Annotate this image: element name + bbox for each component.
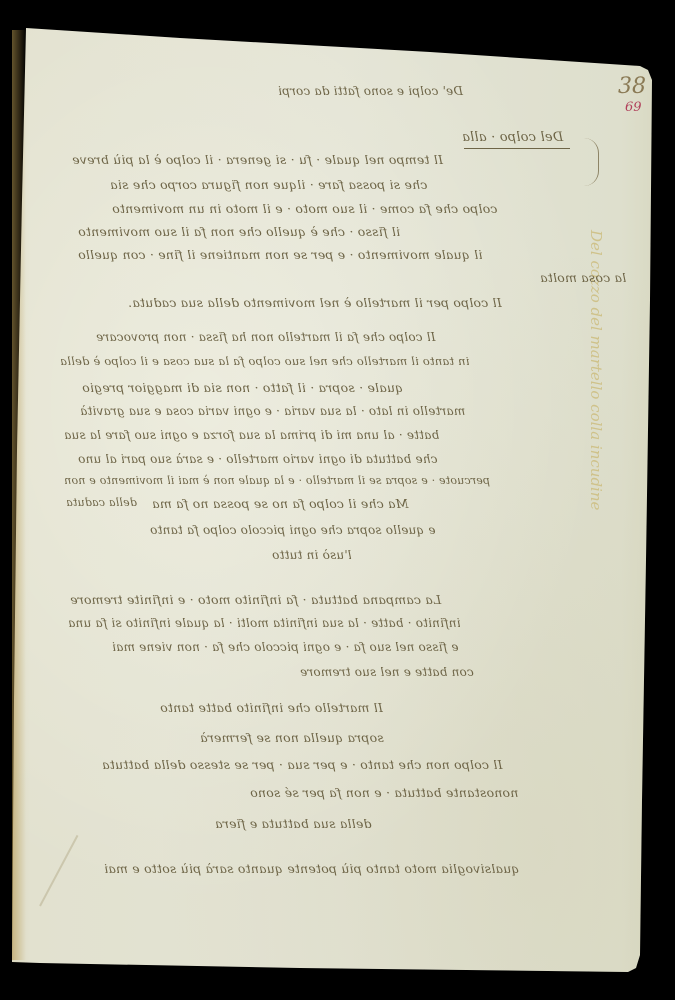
text-line: il quale movimento · e per se non mantie… <box>78 247 482 262</box>
text-line: infinito · batte · la sua infinita molti… <box>68 616 461 630</box>
text-line: sopra quella non se fermerà <box>200 730 384 745</box>
text-line: Il colpo non che tanto · e per sua · per… <box>102 757 502 772</box>
text-line: della sua battuta e fiera <box>215 816 372 831</box>
text-line: martello in lato · la sua varia · e ogni… <box>80 404 465 418</box>
text-line: in tanto il martello che nel suo colpo f… <box>60 354 469 368</box>
heading-underline <box>464 148 570 149</box>
folio-number-secondary: 69 <box>625 100 642 115</box>
text-line: la cosa molta <box>540 270 626 285</box>
text-line: La campana battuta · fa infinito moto · … <box>70 592 441 607</box>
margin-note-container: Del cozzo del martello colla incudine <box>605 230 606 231</box>
text-line: qualsivoglia moto tanto più potente quan… <box>104 861 519 876</box>
text-line: quale · sopra · il fatto · non sia di ma… <box>82 380 403 395</box>
text-line: con batte e nel suo tremore <box>300 665 474 679</box>
text-line: e fisso nel suo fa · e ogni piccolo che … <box>112 640 459 654</box>
text-line: della caduta <box>66 496 137 509</box>
text-line: che battuta di ogni vario martello · e s… <box>78 452 437 466</box>
text-line: che si possa fare · ilque non figura cor… <box>110 177 427 192</box>
heading: De' colpi e sono fatti da corpi <box>278 84 463 98</box>
text-line: Il tempo nel quale · fu · si genera · il… <box>72 152 443 167</box>
text-line: Il colpo per il martello è nel movimento… <box>128 295 502 310</box>
text-line: batte · al una mi di prima la sua forza … <box>64 428 439 442</box>
section-title: Del colpo · alla <box>462 130 563 145</box>
text-line: percuote · e sopra se il martello · e la… <box>64 474 490 487</box>
text-line: Il martello che infinito batte tanto <box>160 700 383 715</box>
text-line: il fisso · che è quello che non fa il su… <box>78 224 400 239</box>
bracket-mark <box>584 138 599 186</box>
text-line: Ma che il colpo fa no se possa no fa ma <box>152 496 409 511</box>
text-line: l'usò in tutto <box>272 548 352 562</box>
folio-number: 38 <box>618 74 646 99</box>
edge-stain <box>12 30 26 960</box>
text-line: colpo che fa come · il suo moto · e il m… <box>112 201 497 216</box>
text-line: nonostante battuta · e non fa per sé son… <box>250 785 518 800</box>
text-line: e quello sopra che ogni piccolo colpo fa… <box>150 523 436 537</box>
text-line: Il colpo che fa il martello non ha fissa… <box>96 330 436 344</box>
